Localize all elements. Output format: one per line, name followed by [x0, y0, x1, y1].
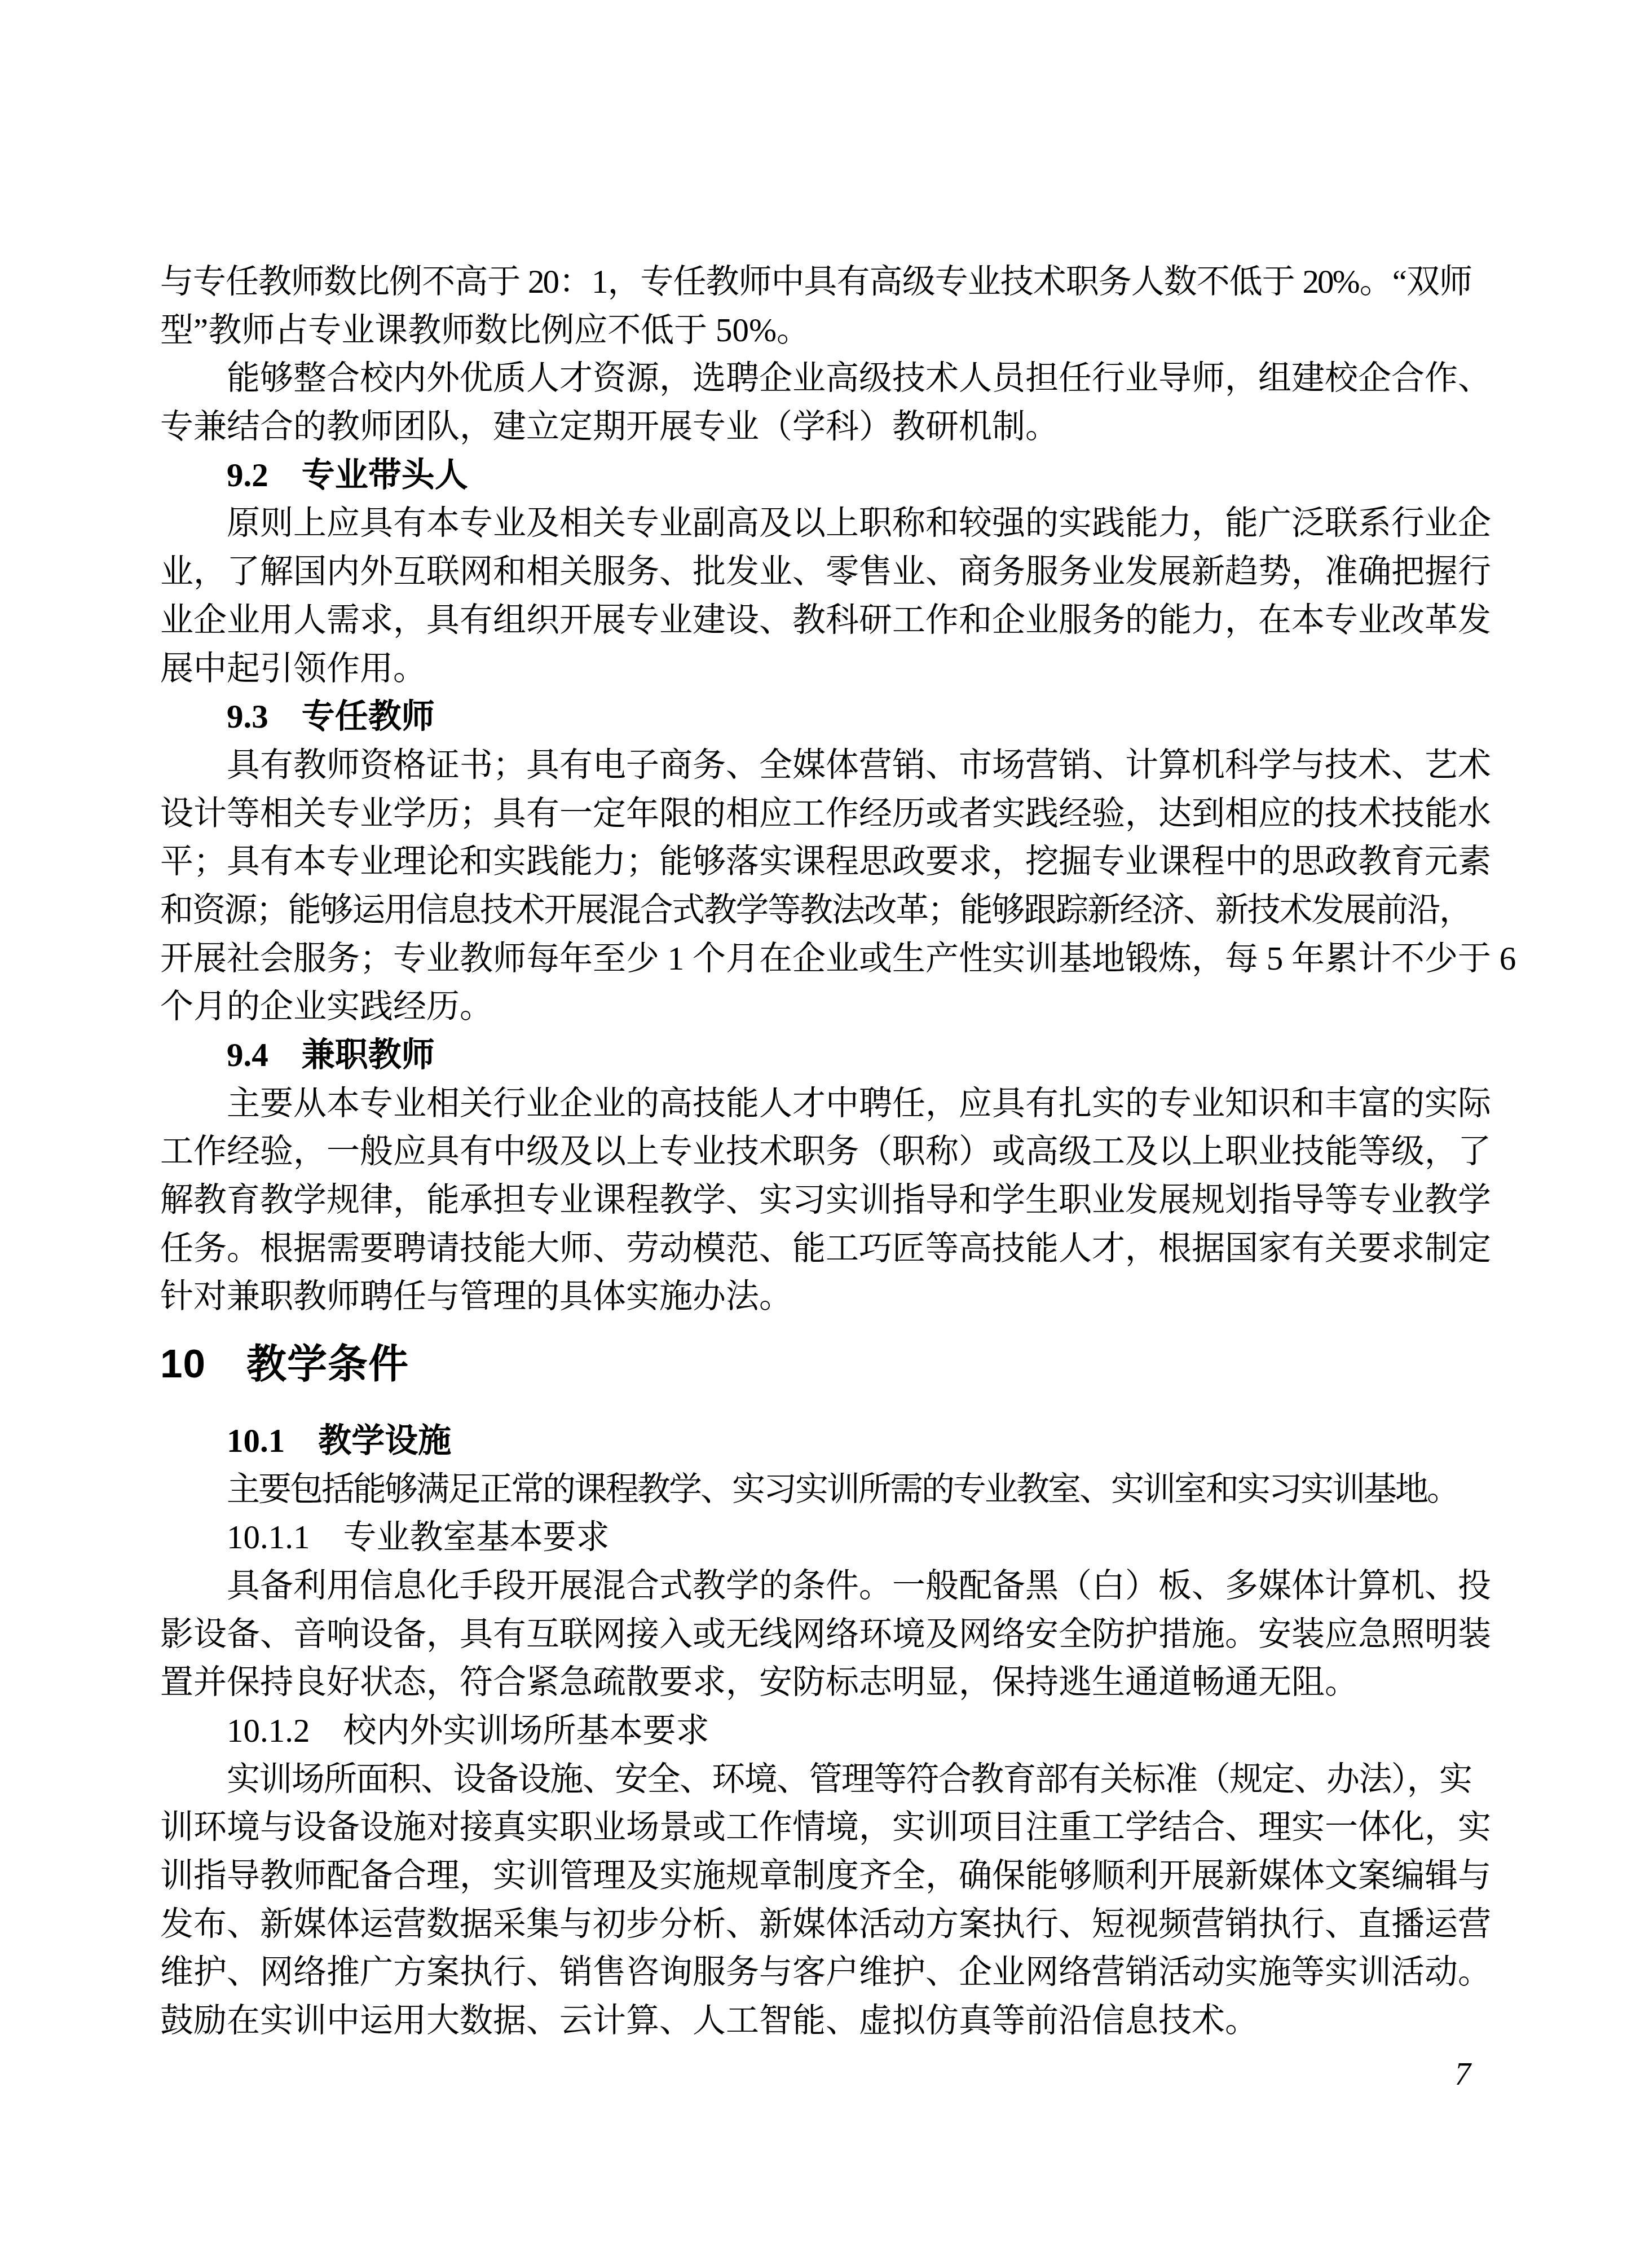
paragraph-line: 能够整合校内外优质人才资源，选聘企业高级技术人员担任行业导师，组建校企合作、	[160, 354, 1471, 403]
paragraph-line: 开展社会服务；专业教师每年至少 1 个月在企业或生产性实训基地锻炼，每 5 年累…	[160, 935, 1471, 983]
page-number: 7	[1455, 2058, 1471, 2091]
paragraph-line: 型”教师占专业课教师数比例应不低于 50%。	[160, 306, 1471, 355]
subsection-heading: 10.1.1 专业教室基本要求	[160, 1513, 1471, 1562]
text-block: 与专任教师数比例不高于 20：1，专任教师中具有高级专业技术职务人数不低于 20…	[160, 258, 1471, 2045]
section-heading: 9.4 兼职教师	[160, 1031, 1471, 1080]
paragraph-line: 训环境与设备设施对接真实职业场景或工作情境，实训项目注重工学结合、理实一体化，实	[160, 1803, 1471, 1852]
paragraph-line: 与专任教师数比例不高于 20：1，专任教师中具有高级专业技术职务人数不低于 20…	[160, 258, 1471, 306]
paragraph-line: 维护、网络推广方案执行、销售咨询服务与客户维护、企业网络营销活动实施等实训活动。	[160, 1948, 1471, 1997]
paragraph-line: 实训场所面积、设备设施、安全、环境、管理等符合教育部有关标准（规定、办法），实	[160, 1755, 1471, 1804]
subsection-heading: 10.1.2 校内外实训场所基本要求	[160, 1707, 1471, 1755]
paragraph-line: 个月的企业实践经历。	[160, 983, 1471, 1031]
paragraph-line: 工作经验，一般应具有中级及以上专业技术职务（职称）或高级工及以上职业技能等级，了	[160, 1128, 1471, 1176]
paragraph-line: 解教育教学规律，能承担专业课程教学、实习实训指导和学生职业发展规划指导等专业教学	[160, 1176, 1471, 1225]
paragraph-line: 具有教师资格证书；具有电子商务、全媒体营销、市场营销、计算机科学与技术、艺术	[160, 741, 1471, 790]
section-heading: 10.1 教学设施	[160, 1417, 1471, 1465]
paragraph-line: 训指导教师配备合理，实训管理及实施规章制度齐全，确保能够顺利开展新媒体文案编辑与	[160, 1852, 1471, 1900]
paragraph-line: 业企业用人需求，具有组织开展专业建设、教科研工作和企业服务的能力，在本专业改革发	[160, 596, 1471, 645]
document-page: 与专任教师数比例不高于 20：1，专任教师中具有高级专业技术职务人数不低于 20…	[0, 0, 1627, 2268]
paragraph-line: 平；具有本专业理论和实践能力；能够落实课程思政要求，挖掘专业课程中的思政教育元素	[160, 838, 1471, 886]
paragraph-line: 专兼结合的教师团队，建立定期开展专业（学科）教研机制。	[160, 403, 1471, 451]
paragraph-line: 和资源；能够运用信息技术开展混合式教学等教法改革；能够跟踪新经济、新技术发展前沿…	[160, 886, 1471, 935]
paragraph-line: 具备利用信息化手段开展混合式教学的条件。一般配备黑（白）板、多媒体计算机、投	[160, 1562, 1471, 1610]
section-heading: 9.3 专任教师	[160, 693, 1471, 741]
paragraph-line: 原则上应具有本专业及相关专业副高及以上职称和较强的实践能力，能广泛联系行业企	[160, 499, 1471, 548]
paragraph-line: 置并保持良好状态，符合紧急疏散要求，安防标志明显，保持逃生通道畅通无阻。	[160, 1658, 1471, 1707]
paragraph-line: 业，了解国内外互联网和相关服务、批发业、零售业、商务服务业发展新趋势，准确把握行	[160, 548, 1471, 596]
paragraph-line: 发布、新媒体运营数据采集与初步分析、新媒体活动方案执行、短视频营销执行、直播运营	[160, 1900, 1471, 1949]
chapter-heading: 10 教学条件	[160, 1340, 1471, 1389]
section-heading: 9.2 专业带头人	[160, 451, 1471, 500]
paragraph-line: 展中起引领作用。	[160, 645, 1471, 693]
paragraph-line: 鼓励在实训中运用大数据、云计算、人工智能、虚拟仿真等前沿信息技术。	[160, 1997, 1471, 2045]
paragraph-line: 主要包括能够满足正常的课程教学、实习实训所需的专业教室、实训室和实习实训基地。	[160, 1465, 1471, 1514]
paragraph-line: 设计等相关专业学历；具有一定年限的相应工作经历或者实践经验，达到相应的技术技能水	[160, 790, 1471, 838]
paragraph-line: 任务。根据需要聘请技能大师、劳动模范、能工巧匠等高技能人才，根据国家有关要求制定	[160, 1225, 1471, 1273]
paragraph-line: 主要从本专业相关行业企业的高技能人才中聘任，应具有扎实的专业知识和丰富的实际	[160, 1080, 1471, 1128]
paragraph-line: 针对兼职教师聘任与管理的具体实施办法。	[160, 1272, 1471, 1321]
paragraph-line: 影设备、音响设备，具有互联网接入或无线网络环境及网络安全防护措施。安装应急照明装	[160, 1610, 1471, 1659]
